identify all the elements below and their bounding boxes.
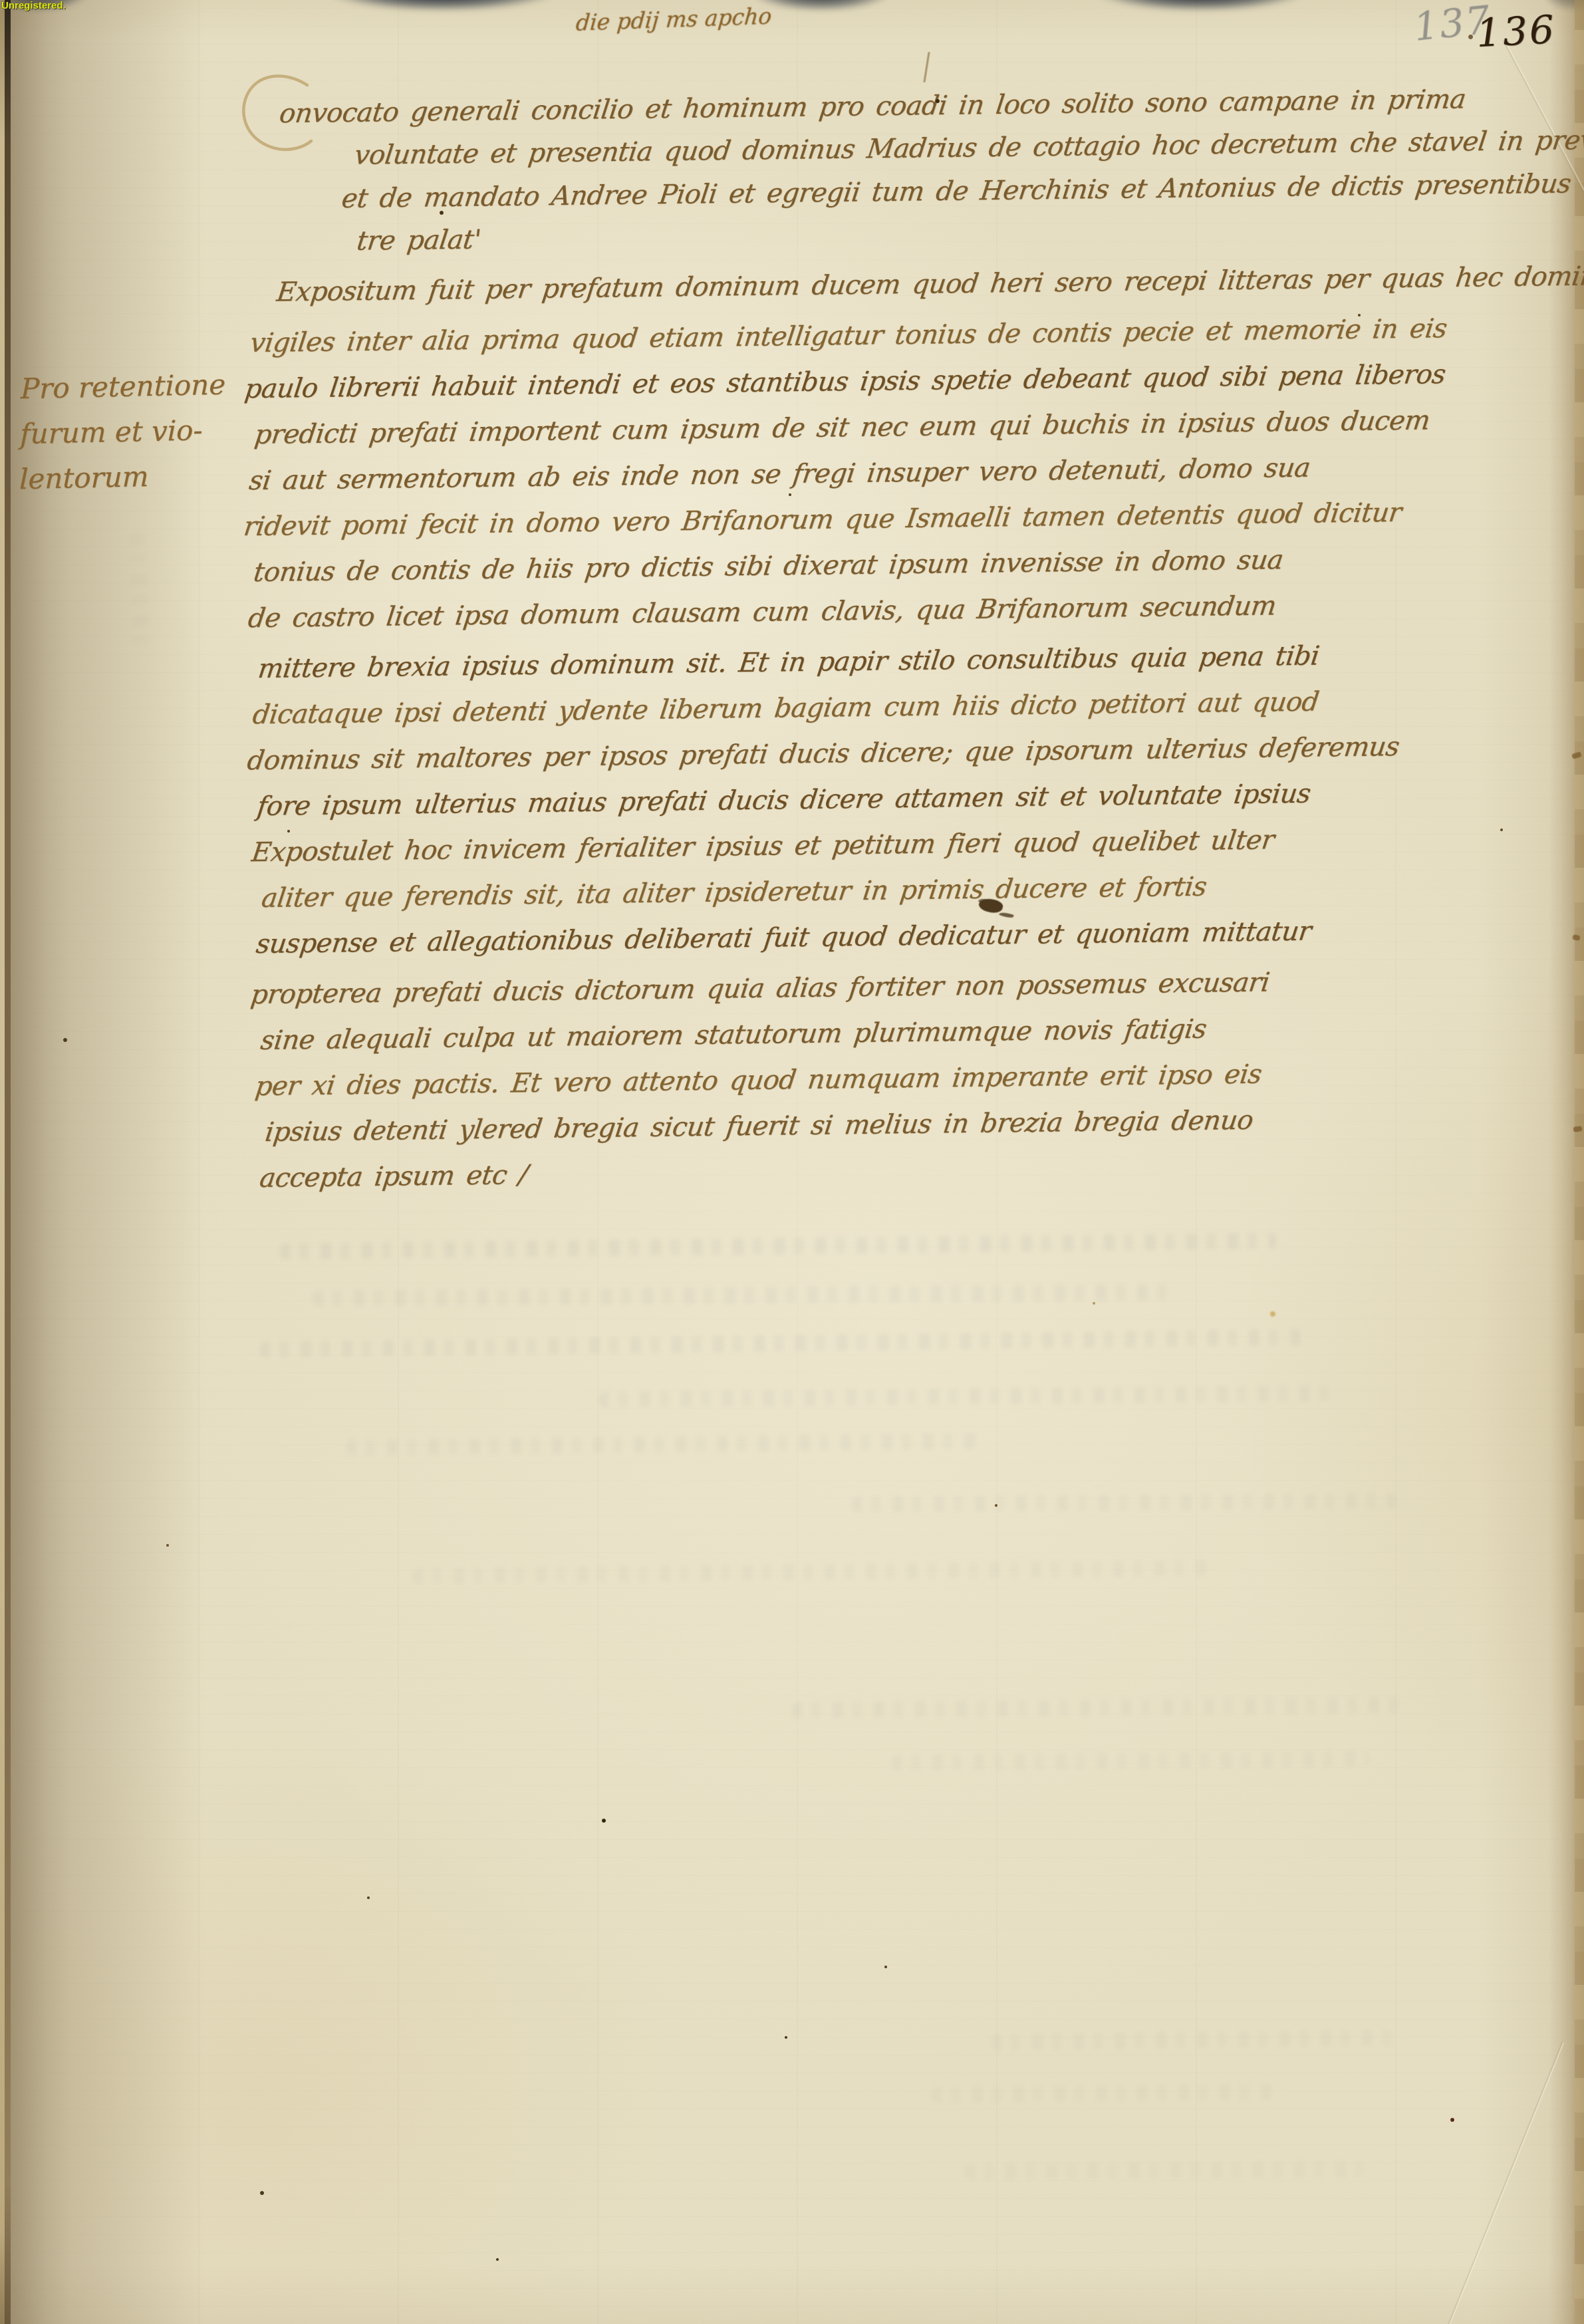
paper-scratch xyxy=(923,52,930,82)
margin-note-line: lentorum xyxy=(19,453,219,502)
text-line: et de mandato Andree Pioli et egregii tu… xyxy=(340,167,1573,217)
scanner-watermark: Unregistered. xyxy=(1,0,66,11)
margin-note: Pro retentione furum et vio- lentorum xyxy=(19,362,221,502)
text-line: Expositum fuit per prefatum dominum duce… xyxy=(275,257,1584,310)
manuscript-page: Unregistered. die pdij ms apcho 137 136 … xyxy=(0,0,1584,2324)
bleedthrough-ghost xyxy=(130,533,150,654)
text-line: ipsius detenti ylered bregia sicut fueri… xyxy=(263,1104,1255,1150)
margin-note-line: Pro retentione xyxy=(21,362,221,412)
bleedthrough-ghost xyxy=(851,1493,1396,1513)
text-line: mittere brexia ipsius dominum sit. Et in… xyxy=(256,639,1321,687)
page-curvature-shading xyxy=(11,0,203,2324)
text-line: si aut sermentorum ab eis inde non se fr… xyxy=(247,451,1312,499)
text-line: onvocato generali concilio et hominum pr… xyxy=(277,82,1468,132)
bleedthrough-ghost xyxy=(931,2084,1277,2103)
underpage-ink-mark xyxy=(1572,934,1580,941)
bleedthrough-ghost xyxy=(991,2030,1403,2050)
text-line: aliter que ferendis sit, ita aliter ipsi… xyxy=(259,870,1208,916)
page-right-deckle-edge xyxy=(1575,0,1584,2324)
text-line: Expostulet hoc invicem ferialiter ipsius… xyxy=(249,823,1276,870)
text-line: predicti prefati importent cum ipsum de … xyxy=(253,404,1432,453)
text-line: tonius de contis de hiis pro dictis sibi… xyxy=(251,543,1285,590)
folio-dot xyxy=(1468,35,1473,39)
text-line: ridevit pomi fecit in domo vero Brifanor… xyxy=(241,496,1403,545)
text-line: dominus sit maltores per ipsos prefati d… xyxy=(245,730,1402,779)
text-line: paulo librerii habuit intendi et eos sta… xyxy=(243,358,1448,407)
scan-shadow-top-3 xyxy=(1057,0,1343,19)
text-line: per xi dies pactis. Et vero attento quod… xyxy=(253,1057,1264,1104)
body-paragraph-2: Expositum fuit per prefatum dominum duce… xyxy=(247,263,1483,1262)
scan-shadow-top-1 xyxy=(286,0,598,19)
bleedthrough-ghost xyxy=(598,1385,1330,1408)
text-line: propterea prefati ducis dictorum quia al… xyxy=(249,966,1271,1013)
text-line: vigiles inter alia prima quod etiam inte… xyxy=(248,312,1449,361)
text-line: voluntate et presentia quod dominus Madr… xyxy=(352,123,1584,173)
bleedthrough-ghost xyxy=(259,1329,1310,1357)
crease-line-bottom-right xyxy=(1449,2042,1564,2324)
text-line: accepta ipsum etc / xyxy=(257,1158,529,1196)
margin-note-line: furum et vio- xyxy=(20,408,220,457)
running-header: die pdij ms apcho xyxy=(575,3,763,36)
text-line: sine alequali culpa ut maiorem statutoru… xyxy=(259,1012,1208,1058)
text-line: de castro licet ipsa domum clausam cum c… xyxy=(246,589,1278,636)
text-line: suspense et allegationibus deliberati fu… xyxy=(254,914,1313,962)
folio-number-ink: 136 xyxy=(1476,10,1557,53)
bleedthrough-ghost xyxy=(964,2161,1363,2180)
bleedthrough-ghost xyxy=(791,1697,1403,1718)
text-line: dicataque ipsi detenti ydente liberum ba… xyxy=(251,685,1321,733)
text-line: fore ipsum ulterius maius prefati ducis … xyxy=(255,777,1312,824)
text-line: tre palat' xyxy=(354,223,482,259)
bleedthrough-ghost xyxy=(346,1433,978,1456)
bleedthrough-ghost xyxy=(891,1751,1370,1771)
bleedthrough-ghost xyxy=(412,1560,1210,1585)
bleedthrough-ghost xyxy=(313,1284,1177,1306)
book-gutter-shadow-line xyxy=(5,0,11,2324)
